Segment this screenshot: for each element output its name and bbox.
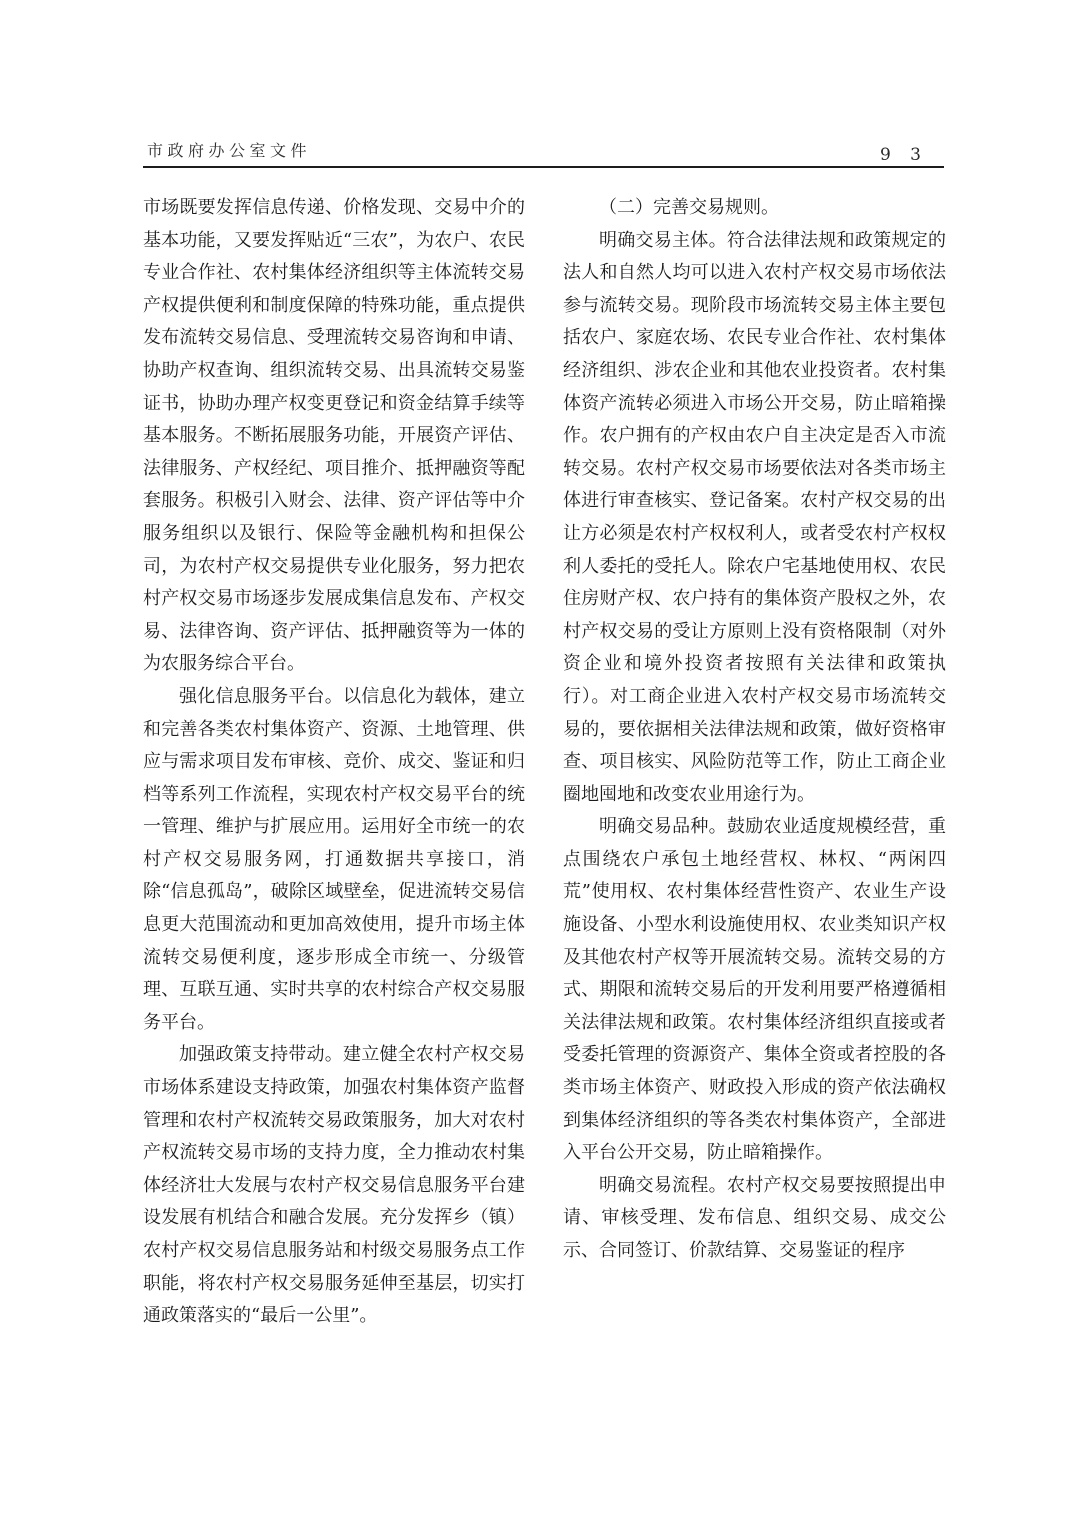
section-heading-paragraph: （二）完善交易规则。 <box>563 192 946 225</box>
document-page: 市政府办公室文件 9 3 市场既要发挥信息传递、价格发现、交易中介的基本功能，又… <box>0 0 1074 1520</box>
page-header: 市政府办公室文件 9 3 <box>143 136 944 166</box>
body-paragraph: 强化信息服务平台。以信息化为载体，建立和完善各类农村集体资产、资源、土地管理、供… <box>143 681 525 1040</box>
body-paragraph: 明确交易品种。鼓励农业适度规模经营，重点围绕农户承包土地经营权、林权、“两闲四荒… <box>563 811 946 1170</box>
header-doc-label: 市政府办公室文件 <box>147 138 311 161</box>
left-column: 市场既要发挥信息传递、价格发现、交易中介的基本功能，又要发挥贴近“三农”，为农户… <box>143 192 525 1333</box>
body-paragraph: 明确交易主体。符合法律法规和政策规定的法人和自然人均可以进入农村产权交易市场依法… <box>563 225 946 812</box>
header-rule <box>143 166 944 168</box>
right-column: （二）完善交易规则。 明确交易主体。符合法律法规和政策规定的法人和自然人均可以进… <box>563 192 946 1333</box>
page-number: 9 3 <box>880 145 928 165</box>
document-body: 市场既要发挥信息传递、价格发现、交易中介的基本功能，又要发挥贴近“三农”，为农户… <box>143 192 946 1333</box>
body-paragraph-continuation: 市场既要发挥信息传递、价格发现、交易中介的基本功能，又要发挥贴近“三农”，为农户… <box>143 192 525 681</box>
body-paragraph: 加强政策支持带动。建立健全农村产权交易市场体系建设支持政策，加强农村集体资产监督… <box>143 1039 525 1332</box>
body-paragraph: 明确交易流程。农村产权交易要按照提出申请、审核受理、发布信息、组织交易、成交公示… <box>563 1170 946 1268</box>
